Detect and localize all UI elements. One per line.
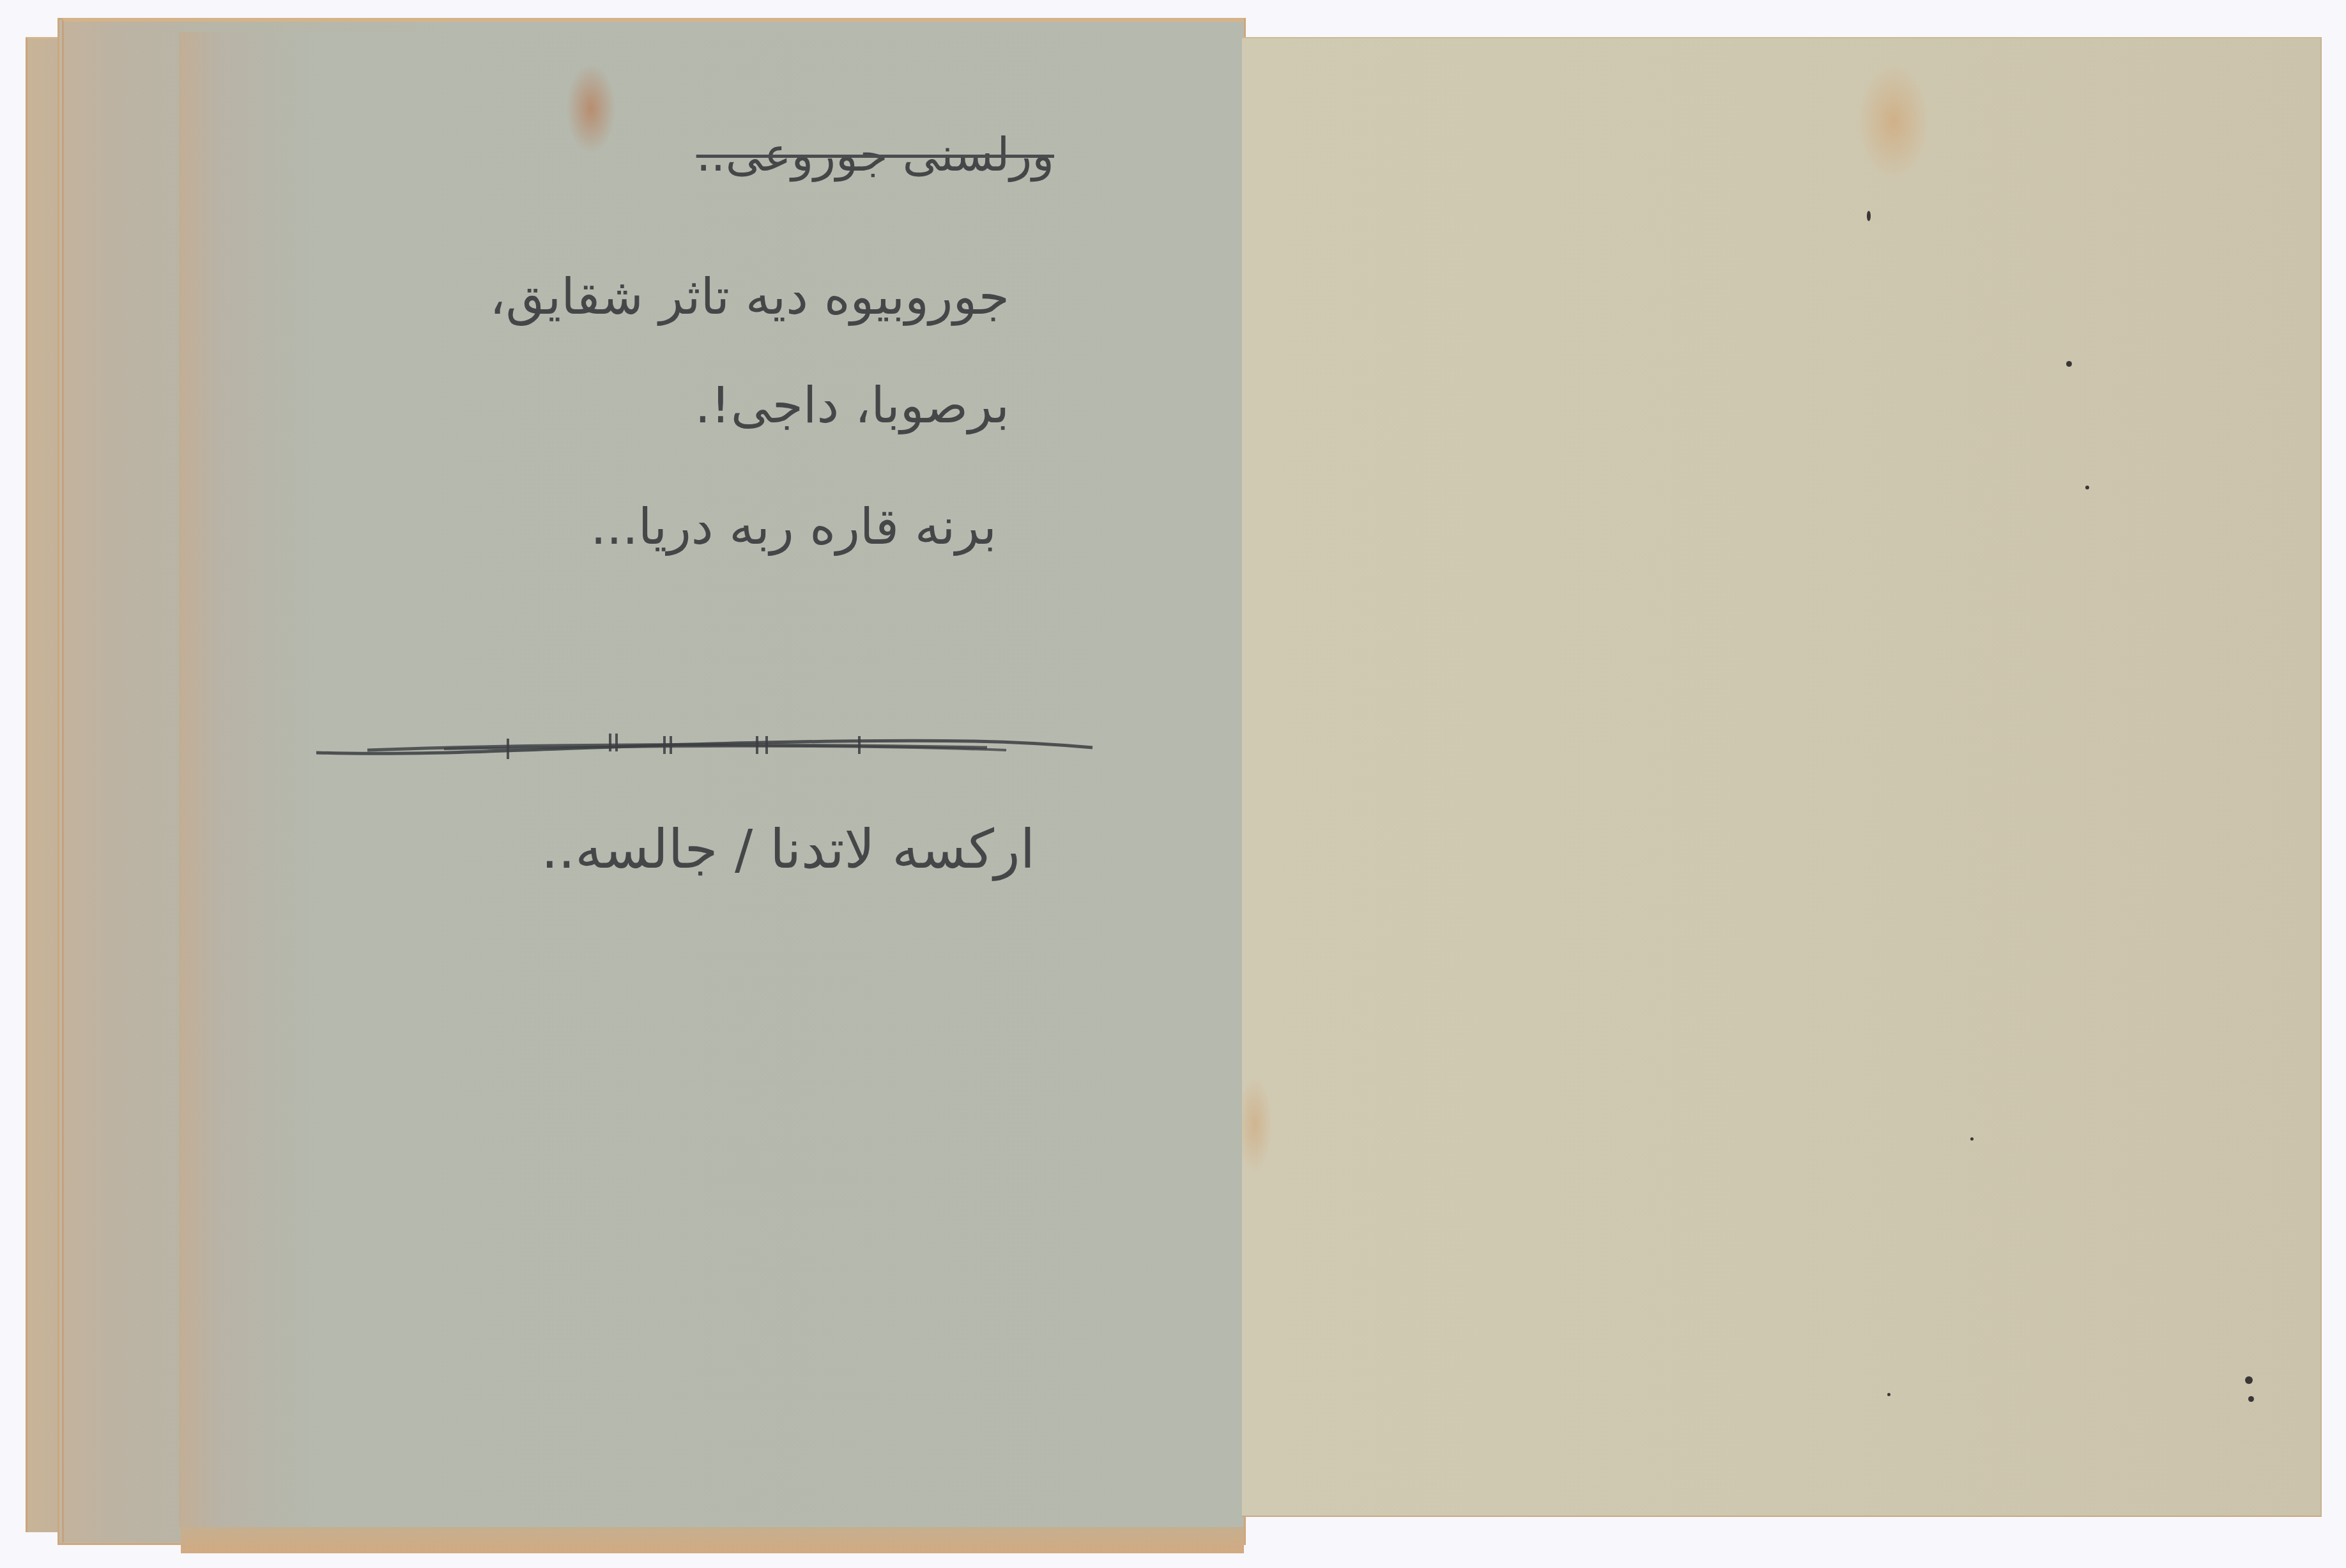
ink-speck <box>2066 361 2072 367</box>
manuscript-line-3: برصوبا، داجی!. <box>383 377 1009 434</box>
ink-speck <box>2085 486 2089 489</box>
left-page-bottom-edge <box>181 1524 1244 1553</box>
manuscript-line-2: جوروبیوه دیه تاثر شقایق، <box>211 268 1009 326</box>
manuscript-line-4: برنه قاره ربه دریا... <box>358 498 997 556</box>
ink-speck <box>1867 211 1871 221</box>
ink-speck <box>2248 1396 2254 1402</box>
left-page <box>179 32 1243 1527</box>
right-page <box>1242 37 2322 1517</box>
crossed-out-rule <box>316 734 1096 759</box>
manuscript-line-6: ارکسه لاتدنا / جالسه.. <box>268 818 1035 880</box>
ink-speck <box>1970 1137 1974 1141</box>
ink-speck <box>1887 1393 1890 1396</box>
ink-speck <box>2245 1376 2253 1384</box>
manuscript-line-1-struck: ورلسنی جوروعی.. <box>383 128 1054 181</box>
